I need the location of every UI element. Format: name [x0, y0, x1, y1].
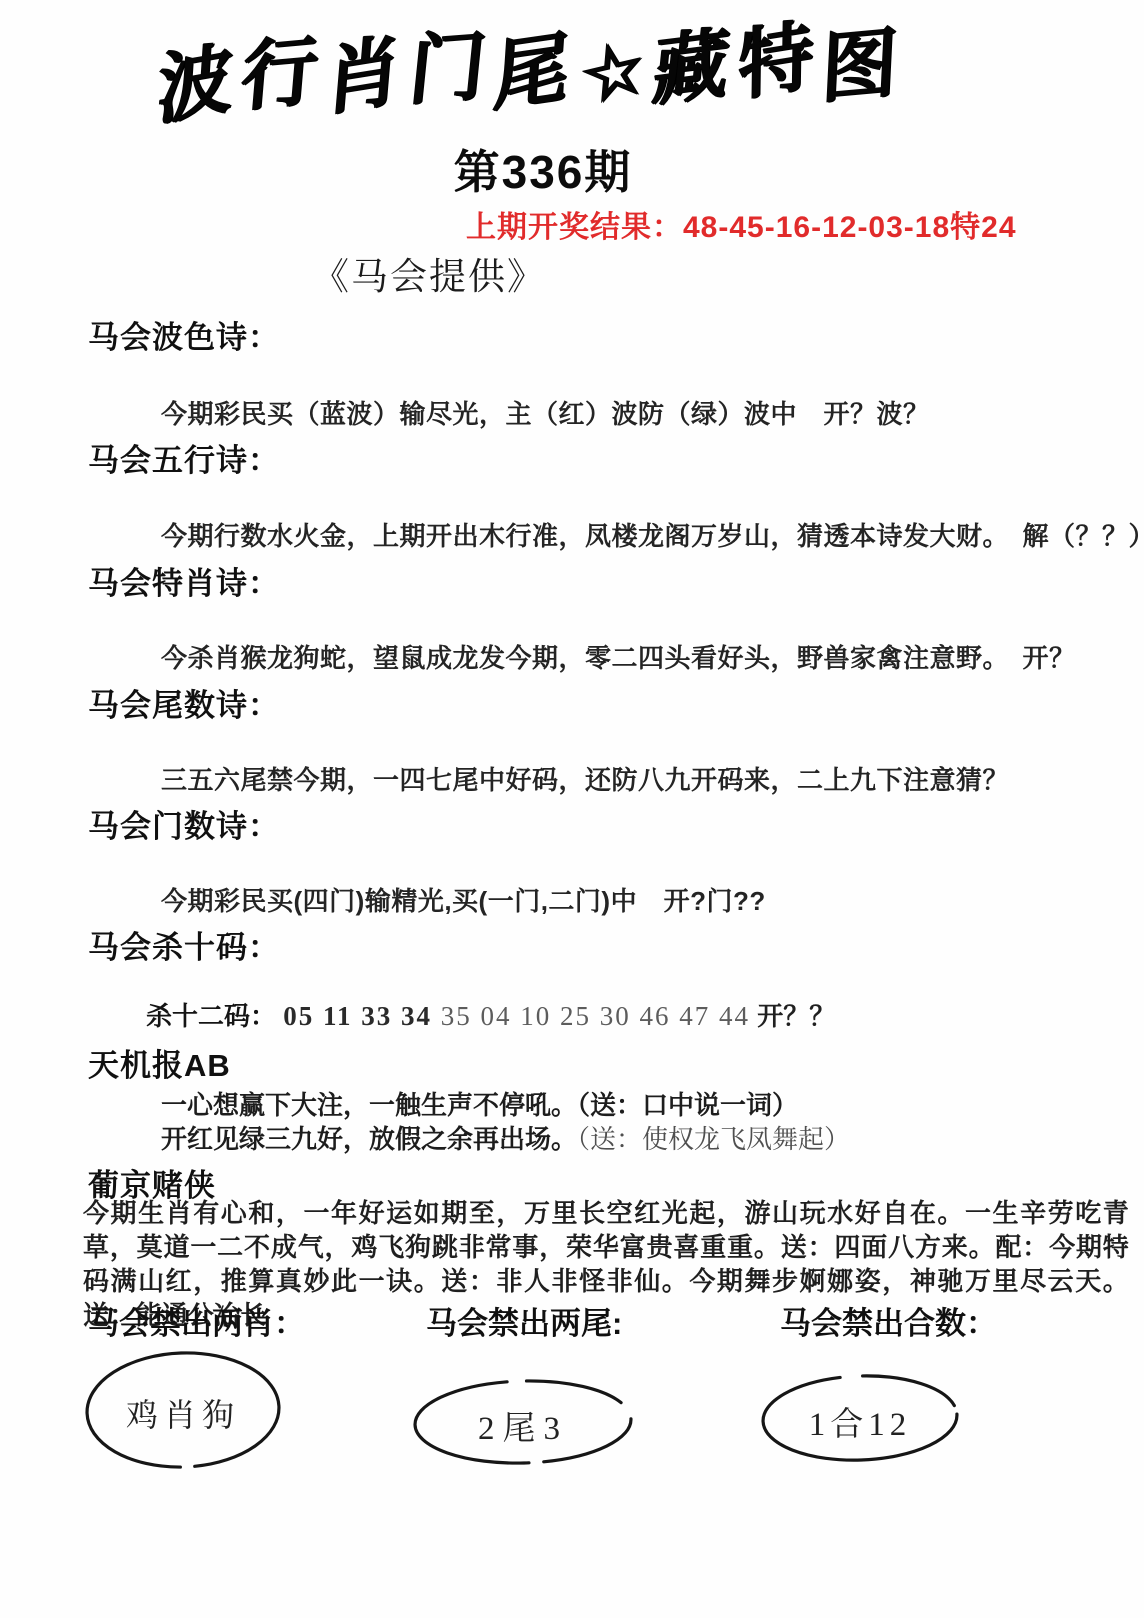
- heading-tail-number-poem: 马会尾数诗：: [88, 680, 280, 725]
- heading-special-zodiac-poem: 马会特肖诗：: [88, 558, 280, 603]
- forbidden-zodiac-value: 鸡肖狗: [103, 1390, 263, 1436]
- wave-color-poem-line: 今期彩民买（蓝波）输尽光，主（红）波防（绿）波中 开？波？: [161, 394, 930, 431]
- tianji-line-2-main: 开红见绿三九好，放假之余再出场。: [161, 1124, 577, 1154]
- heading-kill-ten-codes: 马会杀十码：: [88, 922, 280, 967]
- heading-tianji-report: 天机报AB: [88, 1040, 231, 1085]
- provider-label: 《马会提供》: [312, 246, 546, 300]
- special-zodiac-poem-line: 今杀肖猴龙狗蛇，望鼠成龙发今期，零二四头看好头，野兽家禽注意野。 开？: [161, 638, 1076, 675]
- kill-codes-label: 杀十二码：: [146, 1001, 276, 1031]
- five-elements-poem-line: 今期行数水火金，上期开出木行准，凤楼龙阁万岁山，猜透本诗发大财。 解（？？）: [161, 516, 1144, 553]
- kill-codes-light: 35 04 10 25 30 46 47 44: [441, 1001, 750, 1031]
- tip-sheet-page: 波行肖门尾☆藏特图 第336期 上期开奖结果：48-45-16-12-03-18…: [0, 0, 1144, 1618]
- heading-gate-number-poem: 马会门数诗：: [88, 801, 280, 846]
- tianji-line-2: 开红见绿三九好，放假之余再出场。（送：使权龙飞凤舞起）: [161, 1119, 850, 1156]
- page-title: 波行肖门尾☆藏特图: [157, 0, 999, 140]
- last-draw-result: 上期开奖结果：48-45-16-12-03-18特24: [466, 202, 1017, 246]
- gate-number-poem-line: 今期彩民买(四门)输精光,买(一门,二门)中 开?门??: [161, 881, 766, 918]
- heading-five-elements-poem: 马会五行诗：: [88, 435, 280, 480]
- kill-codes-dark: 05 11 33 34: [283, 1001, 441, 1031]
- forbidden-tails-value: 2尾3: [433, 1402, 613, 1449]
- tail-number-poem-line: 三五六尾禁今期，一四七尾中好码，还防八九开码来，二上九下注意猜？: [161, 760, 1009, 797]
- kill-twelve-codes-line: 杀十二码： 05 11 33 34 35 04 10 25 30 46 47 4…: [146, 996, 835, 1033]
- forbidden-sum-value: 1合12: [770, 1398, 950, 1445]
- kill-codes-open-question: 开？？: [757, 1001, 835, 1031]
- tianji-line-2-note: （送：使权龙飞凤舞起）: [577, 1124, 850, 1154]
- issue-number: 第336期: [383, 136, 703, 202]
- heading-wave-color-poem: 马会波色诗：: [88, 312, 280, 357]
- tianji-line-1: 一心想赢下大注，一触生声不停吼。（送：口中说一词）: [161, 1085, 798, 1122]
